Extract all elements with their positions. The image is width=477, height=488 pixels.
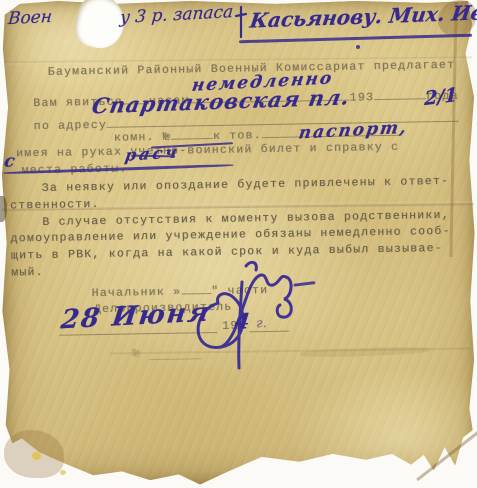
typed-line-absence4: мый. xyxy=(11,267,44,279)
label-address: по адресу xyxy=(34,119,108,133)
label-chief: Начальник » xyxy=(91,286,181,301)
label-to-comrade: к тов. xyxy=(213,129,262,143)
typed-line-warning1: За неявку или опоздание будете привлечен… xyxy=(42,176,450,195)
scanned-summons-photo: Воен у 3 р. запаса Касьянову. Мих. Иван … xyxy=(0,0,477,488)
label-year-193: 193 xyxy=(350,91,375,104)
blank-room xyxy=(171,128,213,140)
typed-line-warning2: ственности. xyxy=(10,199,100,212)
typed-number-label: № xyxy=(133,348,141,360)
signature-scrawl xyxy=(185,256,317,374)
blank-year xyxy=(374,88,426,100)
hw-house-number: 2/1 xyxy=(424,84,458,110)
typed-form-block: Бауманский Районный Военный Комиссариат … xyxy=(0,0,477,488)
hw-margin-letter: с xyxy=(3,151,17,171)
